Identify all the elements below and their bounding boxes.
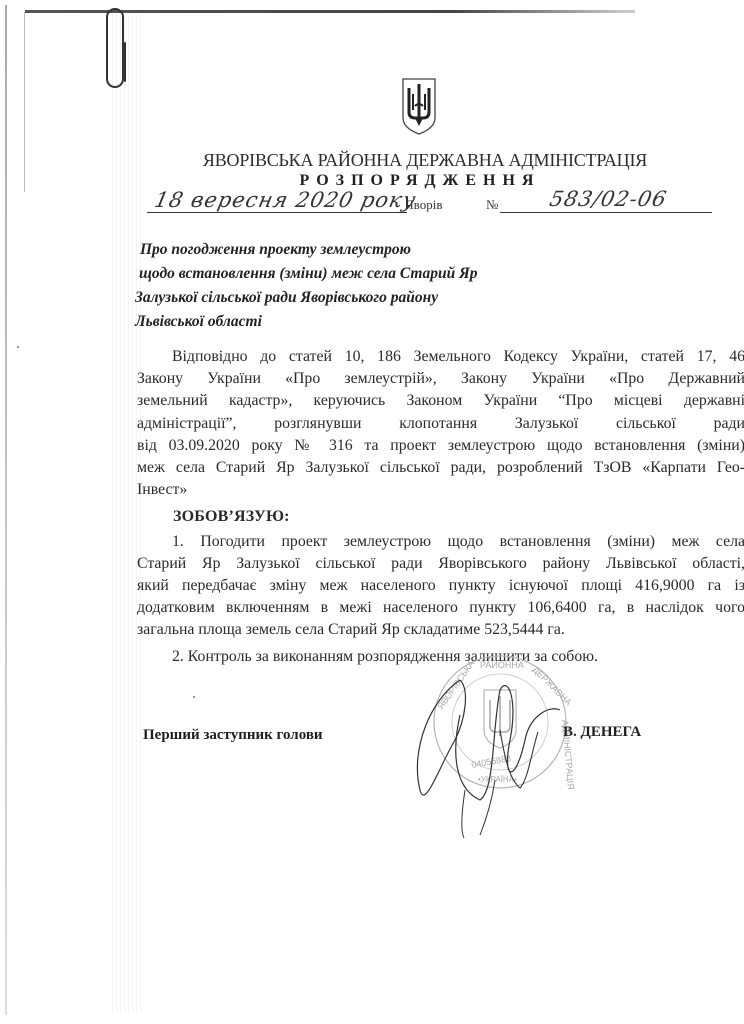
order-item-1: 1. Погодити проект землеустрою щодо вста…	[137, 531, 744, 642]
handwritten-date: 18 вересня 2020 року	[152, 188, 418, 212]
number-sign: №	[486, 197, 498, 213]
preamble-line: меж села Старий Яр Залузької сільської р…	[137, 457, 744, 479]
preamble-line: Закону України «Про землеустрій», Закону…	[137, 368, 744, 390]
item-line: Старий Яр Залузької сільської ради Яворі…	[137, 553, 744, 575]
signer-name: В. ДЕНЕГА	[563, 724, 641, 741]
order-subject: Про погодження проекту землеустрою щодо …	[135, 238, 555, 334]
page-left-edge	[5, 5, 7, 1015]
coat-of-arms-trident-icon	[401, 76, 437, 136]
scanned-page: ЯВОРІВСЬКА РАЙОННА ДЕРЖАВНА АДМІНІСТРАЦІ…	[0, 0, 744, 1024]
subject-line: Львівської області	[135, 310, 555, 334]
handwritten-order-number: 583/02-06	[547, 187, 669, 211]
item-line: 1. Погодити проект землеустрою щодо вста…	[137, 531, 744, 553]
preamble-paragraph: Відповідно до статей 10, 186 Земельного …	[137, 346, 744, 501]
svg-text:РАЙОННА: РАЙОННА	[480, 659, 524, 670]
item-line: додатковим включенням в межі населеного …	[137, 597, 744, 619]
paper-clip-icon	[106, 8, 124, 88]
agency-name: ЯВОРІВСЬКА РАЙОННА ДЕРЖАВНА АДМІНІСТРАЦІ…	[200, 150, 650, 171]
item-line: який передбачає зміну меж населеного пун…	[137, 575, 744, 597]
place-of-issue: Яворів	[405, 197, 442, 213]
subject-line: Про погодження проекту землеустрою	[135, 238, 555, 262]
preamble-line: земельний кадастр», керуючись Законом Ук…	[137, 390, 744, 412]
scan-speck	[193, 696, 195, 698]
item-line: загальна площа земель села Старий Яр скл…	[137, 619, 744, 641]
preamble-line: адміністрації”, розглянувши клопотання З…	[137, 413, 744, 435]
preamble-line: від 03.09.2020 року № 316 та проект земл…	[137, 435, 744, 457]
number-underline	[500, 212, 712, 213]
page-shadow	[24, 12, 25, 192]
paper-clip-inner-wire	[124, 42, 126, 82]
subject-line: щодо встановлення (зміни) меж села Стари…	[135, 262, 555, 286]
date-underline	[147, 212, 407, 213]
handwritten-signature	[400, 670, 570, 840]
signer-title: Перший заступник голови	[143, 727, 323, 744]
preamble-line: Інвест»	[137, 479, 744, 501]
order-body: Відповідно до статей 10, 186 Земельного …	[137, 346, 744, 668]
preamble-line: Відповідно до статей 10, 186 Земельного …	[137, 346, 744, 368]
oblige-heading: ЗОБОВ’ЯЗУЮ:	[137, 506, 744, 528]
scan-speck	[17, 346, 19, 348]
subject-line: Залузької сільської ради Яворівського ра…	[135, 286, 555, 310]
